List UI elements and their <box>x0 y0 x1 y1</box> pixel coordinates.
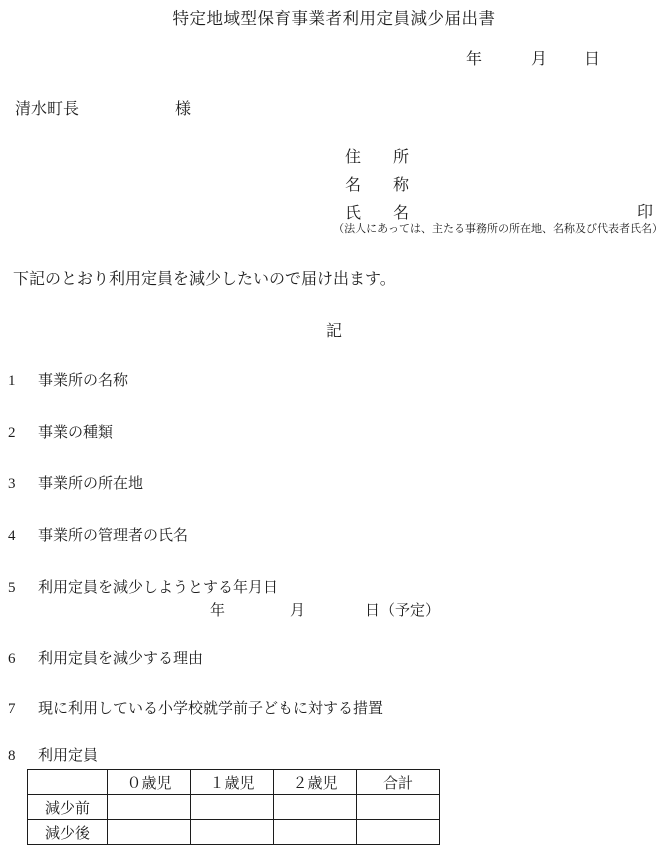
row-after-age0-cell <box>108 820 191 845</box>
item-7: 7現に利用している小学校就学前子どもに対する措置 <box>8 700 383 719</box>
item-1-label: 事業所の名称 <box>38 373 128 389</box>
item-4-label: 事業所の管理者の氏名 <box>38 528 188 544</box>
row-before-age0-cell <box>108 795 191 820</box>
item-6-label: 利用定員を減少する理由 <box>38 651 203 667</box>
header-cell-blank <box>28 770 108 795</box>
row-before-age1-cell <box>191 795 274 820</box>
addressee-name: 清水町長 <box>15 100 79 120</box>
item-8-number: 8 <box>8 747 38 766</box>
item-1-number: 1 <box>8 372 38 391</box>
row-before-label: 減少前 <box>28 795 108 820</box>
row-before-age2-cell <box>274 795 357 820</box>
item-3: 3事業所の所在地 <box>8 475 143 494</box>
date-day-label: 日 <box>584 50 600 70</box>
item-5-month-label: 月 <box>290 602 305 621</box>
item-5-label: 利用定員を減少しようとする年月日 <box>38 580 278 596</box>
item-5: 5利用定員を減少しようとする年月日 <box>8 579 278 598</box>
signature-note: （法人にあっては、主たる事務所の所在地、名称及び代表者氏名） <box>333 223 663 236</box>
row-after-age1-cell <box>191 820 274 845</box>
record-marker: 記 <box>0 322 668 342</box>
item-5-number: 5 <box>8 579 38 598</box>
header-cell-total: 合計 <box>357 770 440 795</box>
addressee-honorific: 様 <box>175 100 191 120</box>
item-6-number: 6 <box>8 650 38 669</box>
item-5-year-label: 年 <box>210 602 225 621</box>
item-1: 1事業所の名称 <box>8 372 128 391</box>
table-row-before: 減少前 <box>28 795 440 820</box>
header-cell-age2: ２歳児 <box>274 770 357 795</box>
row-after-total-cell <box>357 820 440 845</box>
date-year-label: 年 <box>466 50 482 70</box>
intro-sentence: 下記のとおり利用定員を減少したいので届け出ます。 <box>13 270 396 290</box>
item-2: 2事業の種類 <box>8 424 113 443</box>
form-page: 特定地域型保育事業者利用定員減少届出書 年 月 日 清水町長 様 住 所 名 称… <box>0 0 668 848</box>
item-3-label: 事業所の所在地 <box>38 476 143 492</box>
item-8: 8利用定員 <box>8 747 98 766</box>
item-8-label: 利用定員 <box>38 748 98 764</box>
row-before-total-cell <box>357 795 440 820</box>
page-title: 特定地域型保育事業者利用定員減少届出書 <box>0 5 668 29</box>
capacity-table: ０歳児 １歳児 ２歳児 合計 減少前 減少後 <box>27 769 440 845</box>
header-cell-age0: ０歳児 <box>108 770 191 795</box>
header-cell-age1: １歳児 <box>191 770 274 795</box>
item-7-number: 7 <box>8 700 38 719</box>
item-6: 6利用定員を減少する理由 <box>8 650 203 669</box>
table-row-after: 減少後 <box>28 820 440 845</box>
item-7-label: 現に利用している小学校就学前子どもに対する措置 <box>38 701 383 717</box>
item-3-number: 3 <box>8 475 38 494</box>
signature-address-label: 住 所 <box>345 148 409 168</box>
row-after-label: 減少後 <box>28 820 108 845</box>
item-4: 4事業所の管理者の氏名 <box>8 527 188 546</box>
row-after-age2-cell <box>274 820 357 845</box>
item-5-day-note-label: 日（予定） <box>365 602 440 621</box>
item-4-number: 4 <box>8 527 38 546</box>
date-month-label: 月 <box>531 50 547 70</box>
signature-person-name-label: 氏 名 <box>345 204 409 224</box>
item-2-label: 事業の種類 <box>38 425 113 441</box>
item-2-number: 2 <box>8 424 38 443</box>
capacity-table-header-row: ０歳児 １歳児 ２歳児 合計 <box>28 770 440 795</box>
seal-mark: 印 <box>637 203 653 223</box>
signature-entity-name-label: 名 称 <box>345 176 409 196</box>
